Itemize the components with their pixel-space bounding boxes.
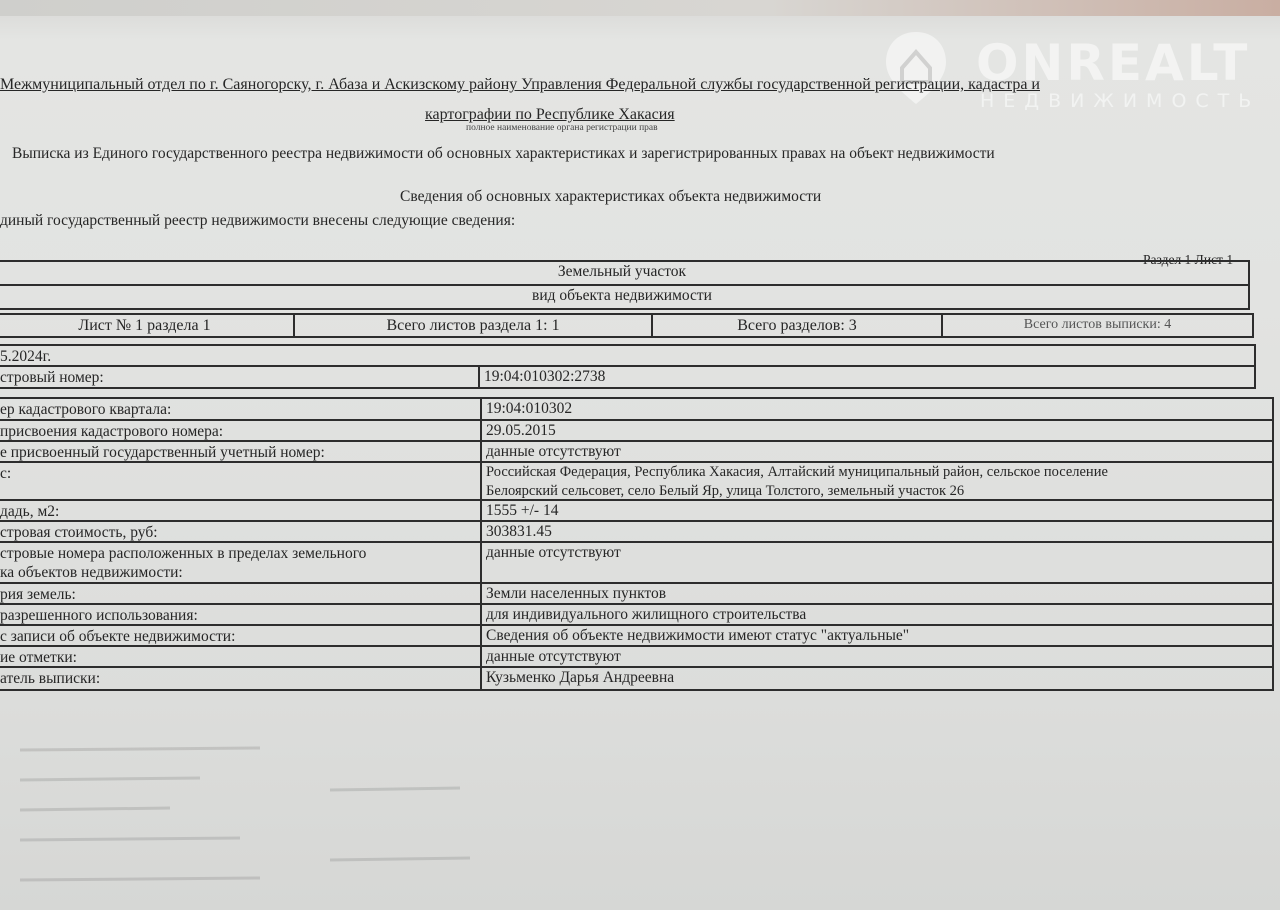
field-label: дадь, м2: [0,502,59,521]
date-row: 5.2024г. [0,346,1254,367]
field-label: стровая стоимость, руб: [0,523,158,542]
object-type-caption: вид объекта недвижимости [0,287,1248,305]
characteristics-table: ер кадастрового квартала:19:04:010302при… [0,397,1274,691]
field-label: ие отметки: [0,648,77,667]
field-row: е присвоенный государственный учетный но… [0,442,1272,463]
cadastral-number-label: стровый номер: [0,368,104,387]
field-value: 1555 +/- 14 [480,501,1272,520]
cadastral-number-row: стровый номер: 19:04:010302:2738 [0,367,1254,389]
bleed-through-text [0,730,1280,910]
field-value: 29.05.2015 [480,421,1272,440]
field-label-cont: ка объектов недвижимости: [0,564,183,581]
cadastral-box: 5.2024г. стровый номер: 19:04:010302:273… [0,344,1256,389]
field-row: стровая стоимость, руб:303831.45 [0,522,1272,543]
field-value: Земли населенных пунктов [480,584,1272,603]
object-type-caption-row: вид объекта недвижимости [0,286,1248,310]
field-label: стровые номера расположенных в пределах … [0,544,366,582]
field-row: с:Российская Федерация, Республика Хакас… [0,463,1272,501]
field-row: атель выписки:Кузьменко Дарья Андреевна [0,668,1272,689]
field-row: с записи об объекте недвижимости:Сведени… [0,626,1272,647]
field-value-line1: Российская Федерация, Республика Хакасия… [486,463,1272,482]
total-sections: Всего разделов: 3 [653,317,941,335]
field-label: атель выписки: [0,669,100,688]
paper-edge [0,0,1280,16]
house-pin-icon [884,30,948,106]
object-type: Земельный участок [0,263,1248,281]
total-sheets: Всего листов выписки: 4 [943,317,1252,333]
field-row: рия земель:Земли населенных пунктов [0,584,1272,605]
field-row: ер кадастрового квартала:19:04:010302 [0,399,1272,421]
field-label: разрешенного использования: [0,606,198,625]
field-row: присвоения кадастрового номера:29.05.201… [0,421,1272,442]
field-row: дадь, м2:1555 +/- 14 [0,501,1272,522]
field-value: данные отсутствуют [480,647,1272,666]
field-value: Сведения об объекте недвижимости имеют с… [480,626,1272,645]
sheet-info-row: Лист № 1 раздела 1 Всего листов раздела … [0,313,1254,338]
field-value: данные отсутствуют [480,543,1272,582]
document-title: Выписка из Единого государственного реес… [12,145,995,163]
field-value-line2: Белоярский сельсовет, село Белый Яр, ули… [486,482,1272,501]
field-label: е присвоенный государственный учетный но… [0,443,325,462]
field-label: рия земель: [0,585,76,604]
field-label: с: [0,464,11,483]
object-type-row: Земельный участок [0,262,1248,286]
org-name-line1: Межмуниципальный отдел по г. Саяногорску… [0,76,1040,94]
field-value: 19:04:010302 [480,399,1272,419]
intro-text: диный государственный реестр недвижимост… [0,212,515,230]
field-label: ер кадастрового квартала: [0,400,171,419]
field-value: Кузьменко Дарья Андреевна [480,668,1272,689]
extract-date: 5.2024г. [0,347,51,366]
field-label-text: стровые номера расположенных в пределах … [0,545,366,562]
field-label: присвоения кадастрового номера: [0,422,223,441]
org-caption: полное наименование органа регистрации п… [466,123,658,133]
org-name-line2: картографии по Республике Хакасия [425,106,675,124]
field-value: 303831.45 [480,522,1272,541]
field-row: ие отметки:данные отсутствуют [0,647,1272,668]
object-type-box: Земельный участок вид объекта недвижимос… [0,260,1250,310]
sheet-number: Лист № 1 раздела 1 [0,317,293,335]
field-row: стровые номера расположенных в пределах … [0,543,1272,584]
field-value: Российская Федерация, Республика Хакасия… [480,463,1272,499]
field-value: данные отсутствуют [480,442,1272,461]
document-subtitle: Сведения об основных характеристиках объ… [400,188,821,206]
field-row: разрешенного использования:для индивидуа… [0,605,1272,626]
field-label: с записи об объекте недвижимости: [0,627,235,646]
cadastral-number-value: 19:04:010302:2738 [478,367,1254,389]
field-value: для индивидуального жилищного строительс… [480,605,1272,624]
sheets-in-section: Всего листов раздела 1: 1 [295,317,651,335]
